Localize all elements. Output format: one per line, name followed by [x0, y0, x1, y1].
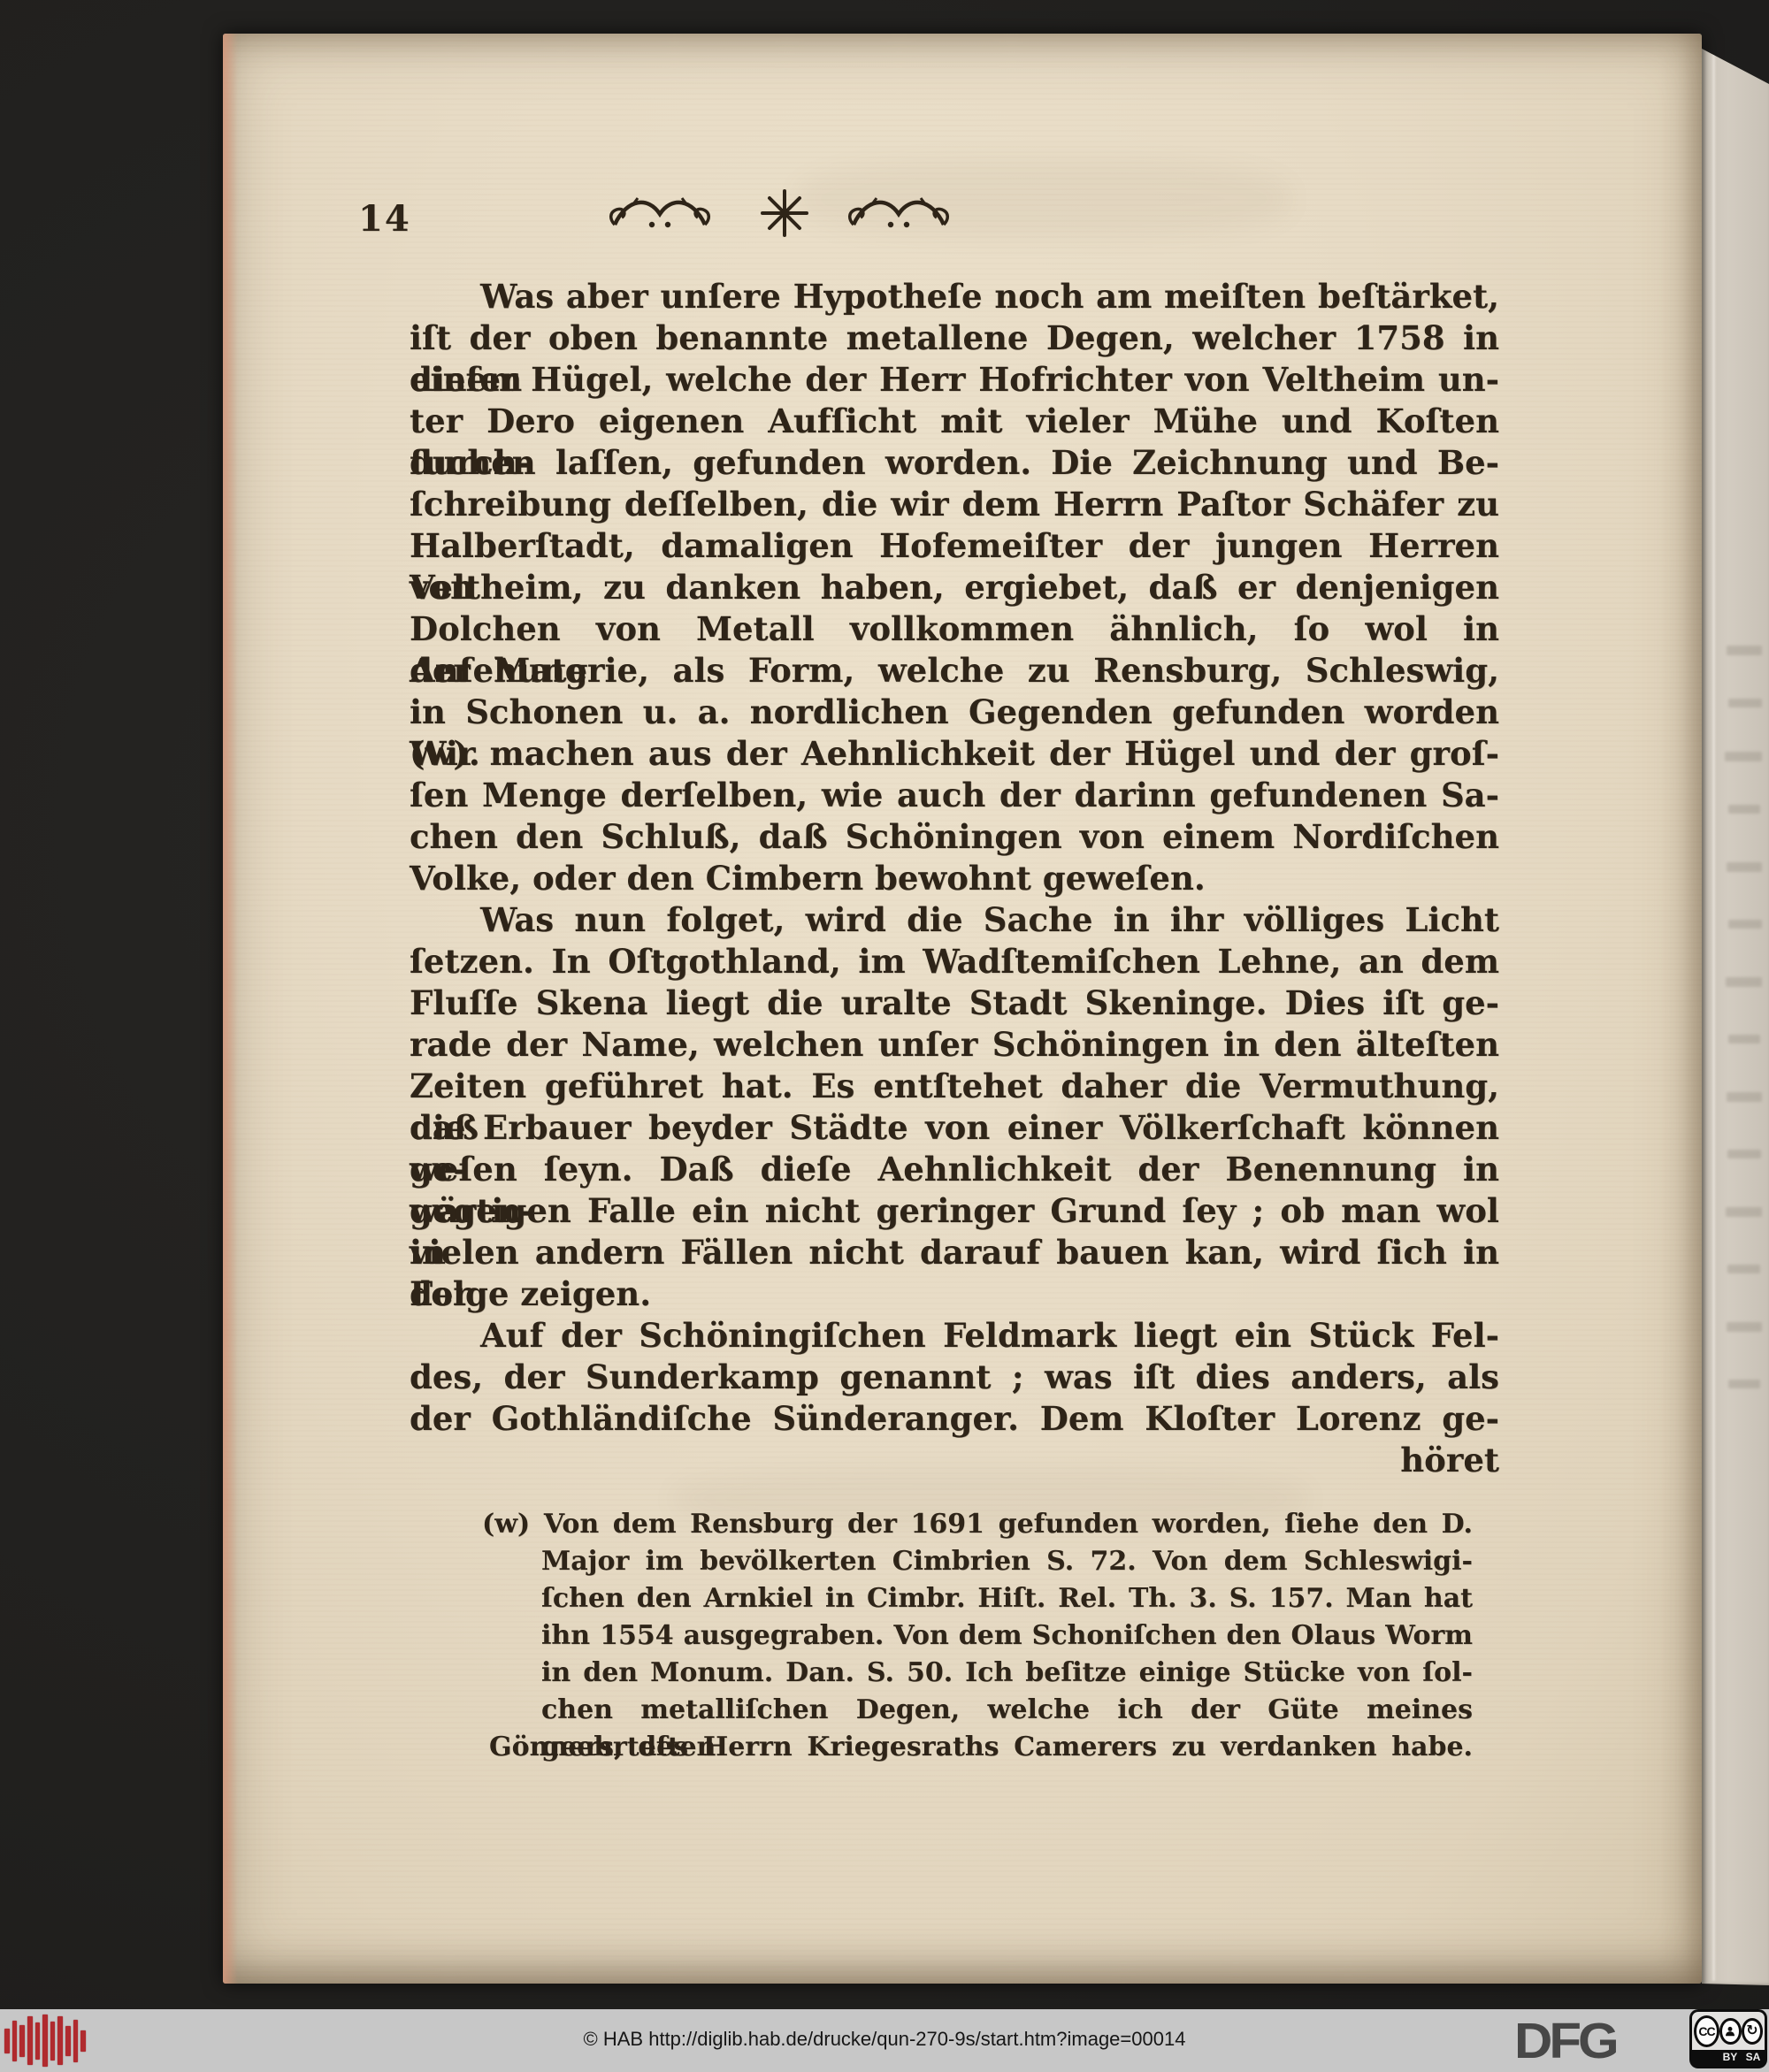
text-line: ſchreibung deſſelben, die wir dem Herrn … — [410, 484, 1499, 525]
text-line: der Gothländiſche Sünderanger. Dem Kloſt… — [410, 1398, 1499, 1440]
text-line: rade der Name, welchen unſer Schöningen … — [410, 1024, 1499, 1066]
show-through-text — [1725, 752, 1762, 761]
text-line: Dolchen von Metall vollkommen ähnlich, ſ… — [410, 608, 1499, 650]
page-edge-tint — [223, 34, 238, 1984]
text-line: ſetzen. In Oſtgothland, im Wadſtemiſchen… — [410, 941, 1499, 982]
show-through-text — [1728, 699, 1762, 707]
dfg-logo: DFG — [1514, 2011, 1616, 2070]
text-line: Halberſtadt, damaligen Hofemeiſter der j… — [410, 525, 1499, 567]
text-line: dieſer Hügel, welche der Herr Hofrichter… — [410, 359, 1499, 401]
cc-icon: CC — [1694, 2015, 1719, 2047]
cc-license-labels-row: BY SA — [1692, 2050, 1765, 2064]
by-person-icon — [1719, 2018, 1741, 2045]
text-line: ter Dero eigenen Aufſicht mit vieler Müh… — [410, 401, 1499, 442]
sa-label: SA — [1742, 2050, 1765, 2064]
fleuron-ornament-right-icon — [845, 189, 953, 241]
cc-license-badge: CC ↻ BY SA — [1689, 2009, 1767, 2068]
text-line: Auf der Schöningiſchen Feldmark liegt ei… — [410, 1315, 1499, 1357]
text-line: weſen ſeyn. Daß dieſe Aehnlichkeit der B… — [410, 1149, 1499, 1190]
catchword: höret — [410, 1440, 1499, 1481]
sa-arrow-icon: ↻ — [1742, 2018, 1763, 2045]
footnote-line: Gönners, des Herrn Kriegesraths Camerers… — [489, 1729, 1473, 1766]
text-line: in Schonen u. a. nordlichen Gegenden gef… — [410, 692, 1499, 733]
text-line: Was aber unſere Hypotheſe noch am meiſte… — [410, 276, 1499, 317]
text-line: Volke, oder den Cimbern bewohnt geweſen. — [410, 858, 1499, 899]
text-line: die Erbauer beyder Städte von einer Völk… — [410, 1107, 1499, 1149]
text-line: vielen andern Fällen nicht darauf bauen … — [410, 1232, 1499, 1273]
footnote-line: chen metalliſchen Degen, welche ich der … — [541, 1692, 1473, 1729]
page-number: 14 — [358, 200, 411, 239]
main-text-block: Was aber unſere Hypotheſe noch am meiſte… — [410, 276, 1499, 1440]
show-through-text — [1727, 1150, 1761, 1158]
text-line: Folge zeigen. — [410, 1273, 1499, 1315]
by-label: BY — [1719, 2050, 1742, 2064]
text-line: chen den Schluß, daß Schöningen von eine… — [410, 816, 1499, 858]
fleuron-ornament-left-icon — [606, 189, 714, 241]
copyright-url: © HAB http://diglib.hab.de/drucke/qun-27… — [0, 2028, 1769, 2051]
show-through-text — [1727, 1092, 1762, 1102]
show-through-text — [1727, 1322, 1762, 1332]
footnote-line: Major im bevölkerten Cimbrien S. 72. Von… — [541, 1543, 1473, 1580]
show-through-text — [1727, 646, 1762, 655]
footnote-block: (w) Von dem Rensburg der 1691 gefunden w… — [482, 1506, 1473, 1766]
text-line: der Materie, als Form, welche zu Rensbur… — [410, 650, 1499, 692]
footnote-line: ſchen den Arnkiel in Cimbr. Hiſt. Rel. T… — [541, 1580, 1473, 1617]
show-through-text — [1727, 1265, 1760, 1273]
footnote-line: (w) Von dem Rensburg der 1691 gefunden w… — [482, 1506, 1473, 1543]
text-line: des, der Sunderkamp genannt ; was iſt di… — [410, 1357, 1499, 1398]
scanned-page-viewer: 14 — [0, 0, 1769, 2072]
show-through-text — [1726, 977, 1762, 987]
text-line: iſt der oben benannte metallene Degen, w… — [410, 317, 1499, 359]
text-line: Zeiten geführet hat. Es entſtehet daher … — [410, 1066, 1499, 1107]
text-line: Fluſſe Skena liegt die uralte Stadt Sken… — [410, 982, 1499, 1024]
show-through-text — [1727, 862, 1762, 872]
text-line: Was nun folget, wird die Sache in ihr vö… — [410, 899, 1499, 941]
show-through-text — [1728, 920, 1762, 929]
adjacent-page-edge — [1702, 0, 1769, 1985]
footnote-line: in den Monum. Dan. S. 50. Ich beſitze ei… — [541, 1655, 1473, 1692]
text-line: ſuchen laſſen, gefunden worden. Die Zeic… — [410, 442, 1499, 484]
show-through-text — [1728, 1380, 1760, 1388]
star-ornament-icon — [759, 187, 810, 239]
show-through-text — [1728, 805, 1760, 814]
text-line: Wir machen aus der Aehnlichkeit der Hüge… — [410, 733, 1499, 775]
footnote-line: ihn 1554 ausgegraben. Von dem Schoniſche… — [541, 1617, 1473, 1655]
page-crease — [1712, 53, 1715, 1981]
cc-license-icons-row: CC ↻ — [1692, 2012, 1765, 2050]
text-line: ſen Menge derſelben, wie auch der darinn… — [410, 775, 1499, 816]
text-line: Veltheim, zu danken haben, ergiebet, daß… — [410, 567, 1499, 608]
show-through-text — [1726, 1207, 1762, 1217]
text-line: wärtigen Falle ein nicht geringer Grund … — [410, 1190, 1499, 1232]
show-through-text — [1728, 1035, 1760, 1044]
